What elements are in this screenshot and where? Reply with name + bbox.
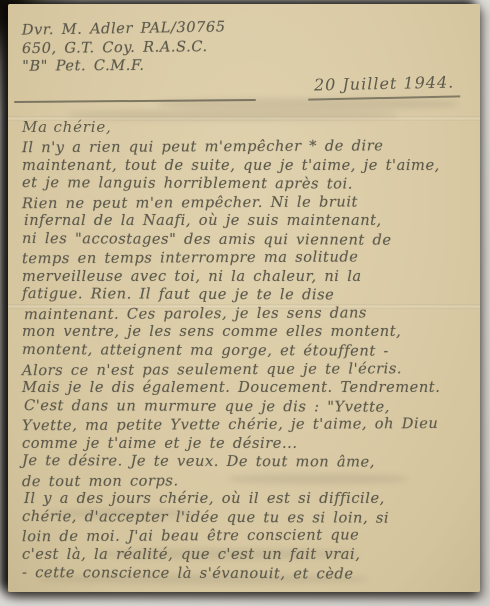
letter-body-line: loin de moi. J'ai beau être conscient qu… xyxy=(22,526,472,547)
letter-photo: Dvr. M. Adler PAL/30765650, G.T. Coy. R.… xyxy=(0,0,490,606)
letter-body-line: Rien ne peut m'en empêcher. Ni le bruit xyxy=(22,192,472,213)
letter-paper: Dvr. M. Adler PAL/30765650, G.T. Coy. R.… xyxy=(8,4,480,592)
letter-body-line: Il y a des jours chérie, où il est si di… xyxy=(24,490,472,509)
letter-body-line: Yvette, ma petite Yvette chérie, je t'ai… xyxy=(22,415,472,436)
letter-body-line: C'est dans un murmure que je dis : "Yvet… xyxy=(24,397,472,418)
sender-underline xyxy=(14,99,256,103)
letter-body-line: Je te désire. Je te veux. De tout mon âm… xyxy=(22,452,472,473)
letter-body-line: de tout mon corps. xyxy=(22,471,472,492)
sender-address-line: 650, G.T. Coy. R.A.S.C. xyxy=(22,37,226,58)
salutation: Ma chérie, xyxy=(22,118,472,136)
letter-body-line: fatigue. Rien. Il faut que je te le dise xyxy=(22,285,472,306)
letter-body-line: temps en temps interrompre ma solitude xyxy=(22,248,472,269)
letter-body-line: comme je t'aime et je te désire... xyxy=(22,435,472,454)
letter-body-line: infernal de la Naafi, où je suis mainten… xyxy=(24,212,472,231)
letter-body-line: maintenant, tout de suite, que je t'aime… xyxy=(22,157,472,176)
letter-body-line: et je me languis horriblement après toi. xyxy=(22,174,472,195)
letter-body-line: mon ventre, je les sens comme elles mont… xyxy=(22,323,472,342)
letter-body-line: - cette conscience là s'évanouit, et cèd… xyxy=(22,564,472,585)
sender-address-block: Dvr. M. Adler PAL/30765650, G.T. Coy. R.… xyxy=(22,19,226,77)
letter-date: 20 Juillet 1944. xyxy=(307,72,460,100)
letter-body-line: c'est là, la réalité, que c'est un fait … xyxy=(22,546,472,565)
letter-body-line: montent, atteignent ma gorge, et étouffe… xyxy=(22,341,472,362)
sender-address-line: "B" Pet. C.M.F. xyxy=(22,56,226,76)
letter-body-line: merveilleuse avec toi, ni la chaleur, ni… xyxy=(22,268,472,287)
body-lines: Il n'y a rien qui peut m'empêcher * de d… xyxy=(22,138,472,583)
sender-address-line: Dvr. M. Adler PAL/30765 xyxy=(22,18,226,40)
letter-body-line: Alors ce n'est pas seulement que je te l… xyxy=(22,359,472,380)
letter-body: Ma chérie, Il n'y a rien qui peut m'empê… xyxy=(22,118,472,583)
letter-body-line: Mais je le dis également. Doucement. Ten… xyxy=(22,379,472,398)
letter-body-line: maintenant. Ces paroles, je les sens dan… xyxy=(24,304,472,325)
letter-body-line: Il n'y a rien qui peut m'empêcher * de d… xyxy=(22,137,472,158)
